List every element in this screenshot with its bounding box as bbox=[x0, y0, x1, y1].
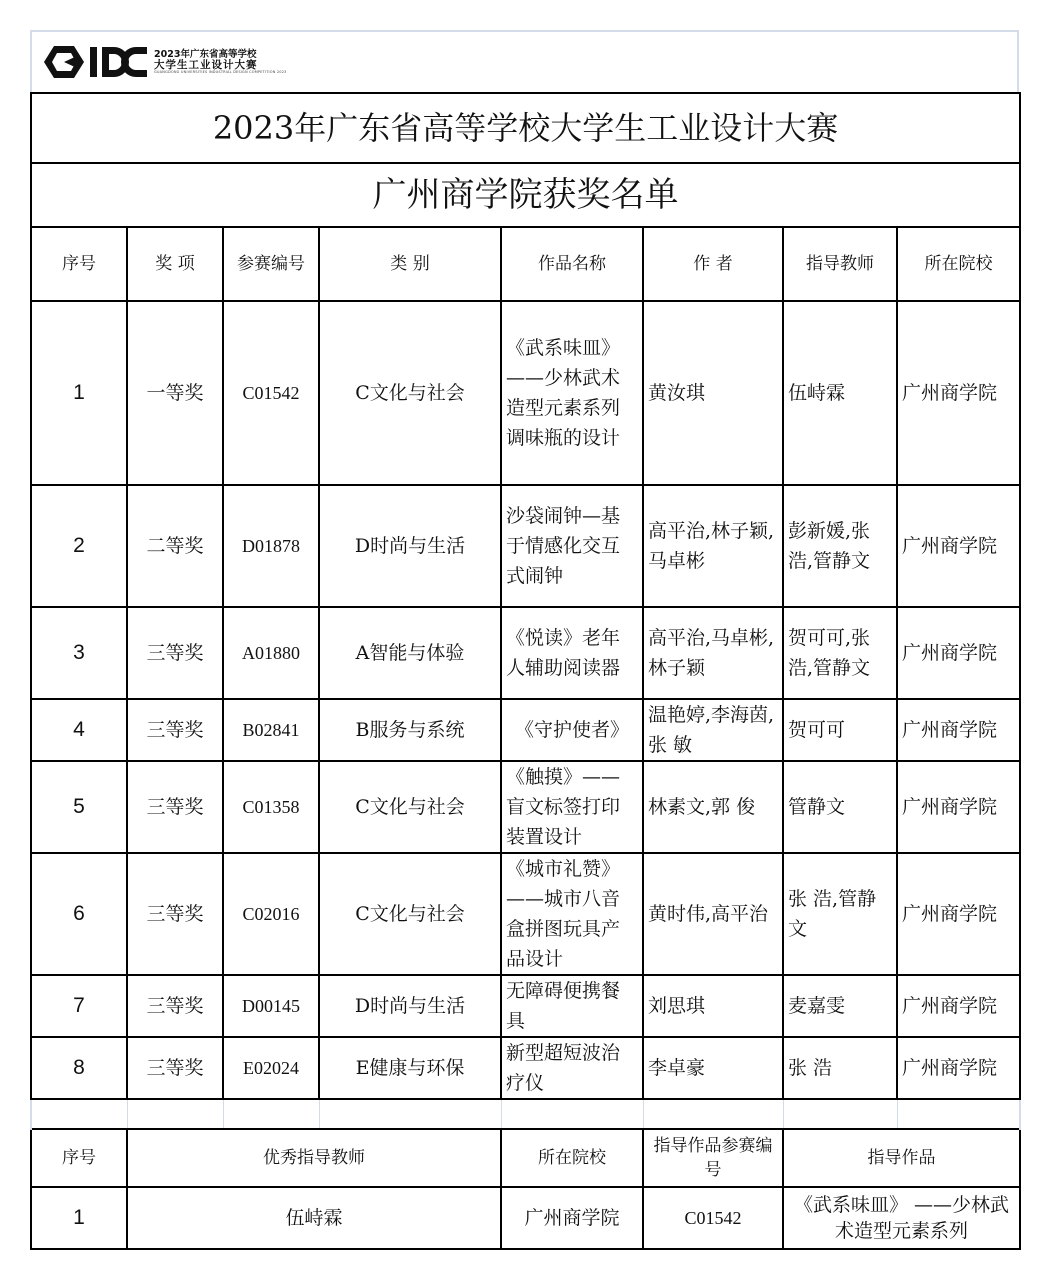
logo-line-2: 大学生工业设计大赛 bbox=[154, 60, 287, 71]
cell-no: 1 bbox=[31, 301, 127, 485]
cell-no: 6 bbox=[31, 853, 127, 975]
cell-advisors: 彭新媛,张浩,管静文 bbox=[783, 485, 897, 607]
cell-school: 广州商学院 bbox=[897, 853, 1020, 975]
cell-authors: 温艳婷,李海茵,张 敏 bbox=[643, 699, 783, 761]
teacher-header-row: 序号 优秀指导教师 所在院校 指导作品参赛编号 指导作品 bbox=[31, 1129, 1020, 1187]
table-row: 5 三等奖 C01358 C文化与社会 《触摸》——盲文标签打印装置设计 林素文… bbox=[31, 761, 1020, 853]
cell-category: C文化与社会 bbox=[319, 853, 501, 975]
cell-authors: 高平治,林子颖,马卓彬 bbox=[643, 485, 783, 607]
teacher-header-work: 指导作品 bbox=[783, 1129, 1020, 1187]
header-school: 所在院校 bbox=[897, 227, 1020, 301]
header-category: 类 别 bbox=[319, 227, 501, 301]
cell-work: 无障碍便携餐具 bbox=[501, 975, 643, 1037]
idc-logo: 2023年广东省高等学校 大学生工业设计大赛 GUANGDONG UNIVERS… bbox=[44, 44, 287, 80]
cell-advisors: 管静文 bbox=[783, 761, 897, 853]
cell-award: 三等奖 bbox=[127, 853, 223, 975]
cell-authors: 李卓豪 bbox=[643, 1037, 783, 1099]
cell-award: 三等奖 bbox=[127, 761, 223, 853]
cell-category: D时尚与生活 bbox=[319, 485, 501, 607]
teacher-header-no: 序号 bbox=[31, 1129, 127, 1187]
header-advisors: 指导教师 bbox=[783, 227, 897, 301]
cell-category: C文化与社会 bbox=[319, 761, 501, 853]
awards-header-row: 序号 奖 项 参赛编号 类 别 作品名称 作 者 指导教师 所在院校 bbox=[31, 227, 1020, 301]
teacher-cell-school: 广州商学院 bbox=[501, 1187, 643, 1249]
cell-school: 广州商学院 bbox=[897, 975, 1020, 1037]
table-row: 6 三等奖 C02016 C文化与社会 《城市礼赞》——城市八音盒拼图玩具产品设… bbox=[31, 853, 1020, 975]
cell-school: 广州商学院 bbox=[897, 699, 1020, 761]
cell-advisors: 麦嘉雯 bbox=[783, 975, 897, 1037]
cell-work: 《悦读》老年人辅助阅读器 bbox=[501, 607, 643, 699]
teacher-header-code: 指导作品参赛编号 bbox=[643, 1129, 783, 1187]
cell-code: B02841 bbox=[223, 699, 319, 761]
page-title: 2023年广东省高等学校大学生工业设计大赛 bbox=[31, 93, 1020, 163]
cell-work: 《武系味皿》——少林武术造型元素系列调味瓶的设计 bbox=[501, 301, 643, 485]
cell-code: D01878 bbox=[223, 485, 319, 607]
cell-award: 三等奖 bbox=[127, 607, 223, 699]
page-subtitle: 广州商学院获奖名单 bbox=[31, 163, 1020, 227]
cell-advisors: 贺可可,张浩,管静文 bbox=[783, 607, 897, 699]
cell-authors: 刘思琪 bbox=[643, 975, 783, 1037]
cell-school: 广州商学院 bbox=[897, 1037, 1020, 1099]
logo-text: 2023年广东省高等学校 大学生工业设计大赛 GUANGDONG UNIVERS… bbox=[154, 50, 287, 75]
cell-work: 沙袋闹钟—基于情感化交互式闹钟 bbox=[501, 485, 643, 607]
header-work: 作品名称 bbox=[501, 227, 643, 301]
teacher-cell-code: C01542 bbox=[643, 1187, 783, 1249]
table-row: 1 一等奖 C01542 C文化与社会 《武系味皿》——少林武术造型元素系列调味… bbox=[31, 301, 1020, 485]
teacher-cell-no: 1 bbox=[31, 1187, 127, 1249]
cell-category: D时尚与生活 bbox=[319, 975, 501, 1037]
teacher-header-school: 所在院校 bbox=[501, 1129, 643, 1187]
cell-code: D00145 bbox=[223, 975, 319, 1037]
cell-code: E02024 bbox=[223, 1037, 319, 1099]
idc-logo-icon bbox=[44, 44, 148, 80]
table-row: 2 二等奖 D01878 D时尚与生活 沙袋闹钟—基于情感化交互式闹钟 高平治,… bbox=[31, 485, 1020, 607]
cell-school: 广州商学院 bbox=[897, 485, 1020, 607]
cell-work: 《城市礼赞》——城市八音盒拼图玩具产品设计 bbox=[501, 853, 643, 975]
cell-code: A01880 bbox=[223, 607, 319, 699]
cell-school: 广州商学院 bbox=[897, 301, 1020, 485]
cell-no: 8 bbox=[31, 1037, 127, 1099]
cell-school: 广州商学院 bbox=[897, 607, 1020, 699]
cell-work: 《守护使者》 bbox=[501, 699, 643, 761]
cell-category: C文化与社会 bbox=[319, 301, 501, 485]
cell-code: C01542 bbox=[223, 301, 319, 485]
cell-no: 3 bbox=[31, 607, 127, 699]
cell-advisors: 张 浩 bbox=[783, 1037, 897, 1099]
cell-authors: 高平治,马卓彬,林子颖 bbox=[643, 607, 783, 699]
cell-authors: 黄汝琪 bbox=[643, 301, 783, 485]
cell-award: 二等奖 bbox=[127, 485, 223, 607]
cell-work: 《触摸》——盲文标签打印装置设计 bbox=[501, 761, 643, 853]
table-row: 7 三等奖 D00145 D时尚与生活 无障碍便携餐具 刘思琪 麦嘉雯 广州商学… bbox=[31, 975, 1020, 1037]
cell-award: 一等奖 bbox=[127, 301, 223, 485]
header-no: 序号 bbox=[31, 227, 127, 301]
logo-line-3: GUANGDONG UNIVERSITIES INDUSTRIAL DESIGN… bbox=[154, 71, 287, 75]
cell-advisors: 贺可可 bbox=[783, 699, 897, 761]
header-authors: 作 者 bbox=[643, 227, 783, 301]
teacher-row: 1 伍峙霖 广州商学院 C01542 《武系味皿》 ——少林武术造型元素系列 bbox=[31, 1187, 1020, 1249]
cell-authors: 林素文,郭 俊 bbox=[643, 761, 783, 853]
cell-award: 三等奖 bbox=[127, 699, 223, 761]
cell-authors: 黄时伟,高平治 bbox=[643, 853, 783, 975]
header-code: 参赛编号 bbox=[223, 227, 319, 301]
cell-category: B服务与系统 bbox=[319, 699, 501, 761]
table-row: 8 三等奖 E02024 E健康与环保 新型超短波治疗仪 李卓豪 张 浩 广州商… bbox=[31, 1037, 1020, 1099]
cell-category: E健康与环保 bbox=[319, 1037, 501, 1099]
cell-award: 三等奖 bbox=[127, 1037, 223, 1099]
cell-school: 广州商学院 bbox=[897, 761, 1020, 853]
cell-award: 三等奖 bbox=[127, 975, 223, 1037]
awards-table: 2023年广东省高等学校大学生工业设计大赛 广州商学院获奖名单 序号 奖 项 参… bbox=[30, 92, 1021, 1250]
cell-no: 5 bbox=[31, 761, 127, 853]
cell-work: 新型超短波治疗仪 bbox=[501, 1037, 643, 1099]
table-row: 3 三等奖 A01880 A智能与体验 《悦读》老年人辅助阅读器 高平治,马卓彬… bbox=[31, 607, 1020, 699]
cell-category: A智能与体验 bbox=[319, 607, 501, 699]
teacher-cell-teacher: 伍峙霖 bbox=[127, 1187, 501, 1249]
teacher-header-teacher: 优秀指导教师 bbox=[127, 1129, 501, 1187]
cell-no: 2 bbox=[31, 485, 127, 607]
cell-code: C01358 bbox=[223, 761, 319, 853]
cell-no: 4 bbox=[31, 699, 127, 761]
table-row: 4 三等奖 B02841 B服务与系统 《守护使者》 温艳婷,李海茵,张 敏 贺… bbox=[31, 699, 1020, 761]
logo-row: 2023年广东省高等学校 大学生工业设计大赛 GUANGDONG UNIVERS… bbox=[30, 30, 1019, 92]
cell-advisors: 张 浩,管静文 bbox=[783, 853, 897, 975]
spacer-row bbox=[31, 1099, 1020, 1129]
header-award: 奖 项 bbox=[127, 227, 223, 301]
award-sheet: 2023年广东省高等学校 大学生工业设计大赛 GUANGDONG UNIVERS… bbox=[30, 30, 1019, 1250]
cell-advisors: 伍峙霖 bbox=[783, 301, 897, 485]
teacher-cell-work: 《武系味皿》 ——少林武术造型元素系列 bbox=[783, 1187, 1020, 1249]
cell-no: 7 bbox=[31, 975, 127, 1037]
cell-code: C02016 bbox=[223, 853, 319, 975]
